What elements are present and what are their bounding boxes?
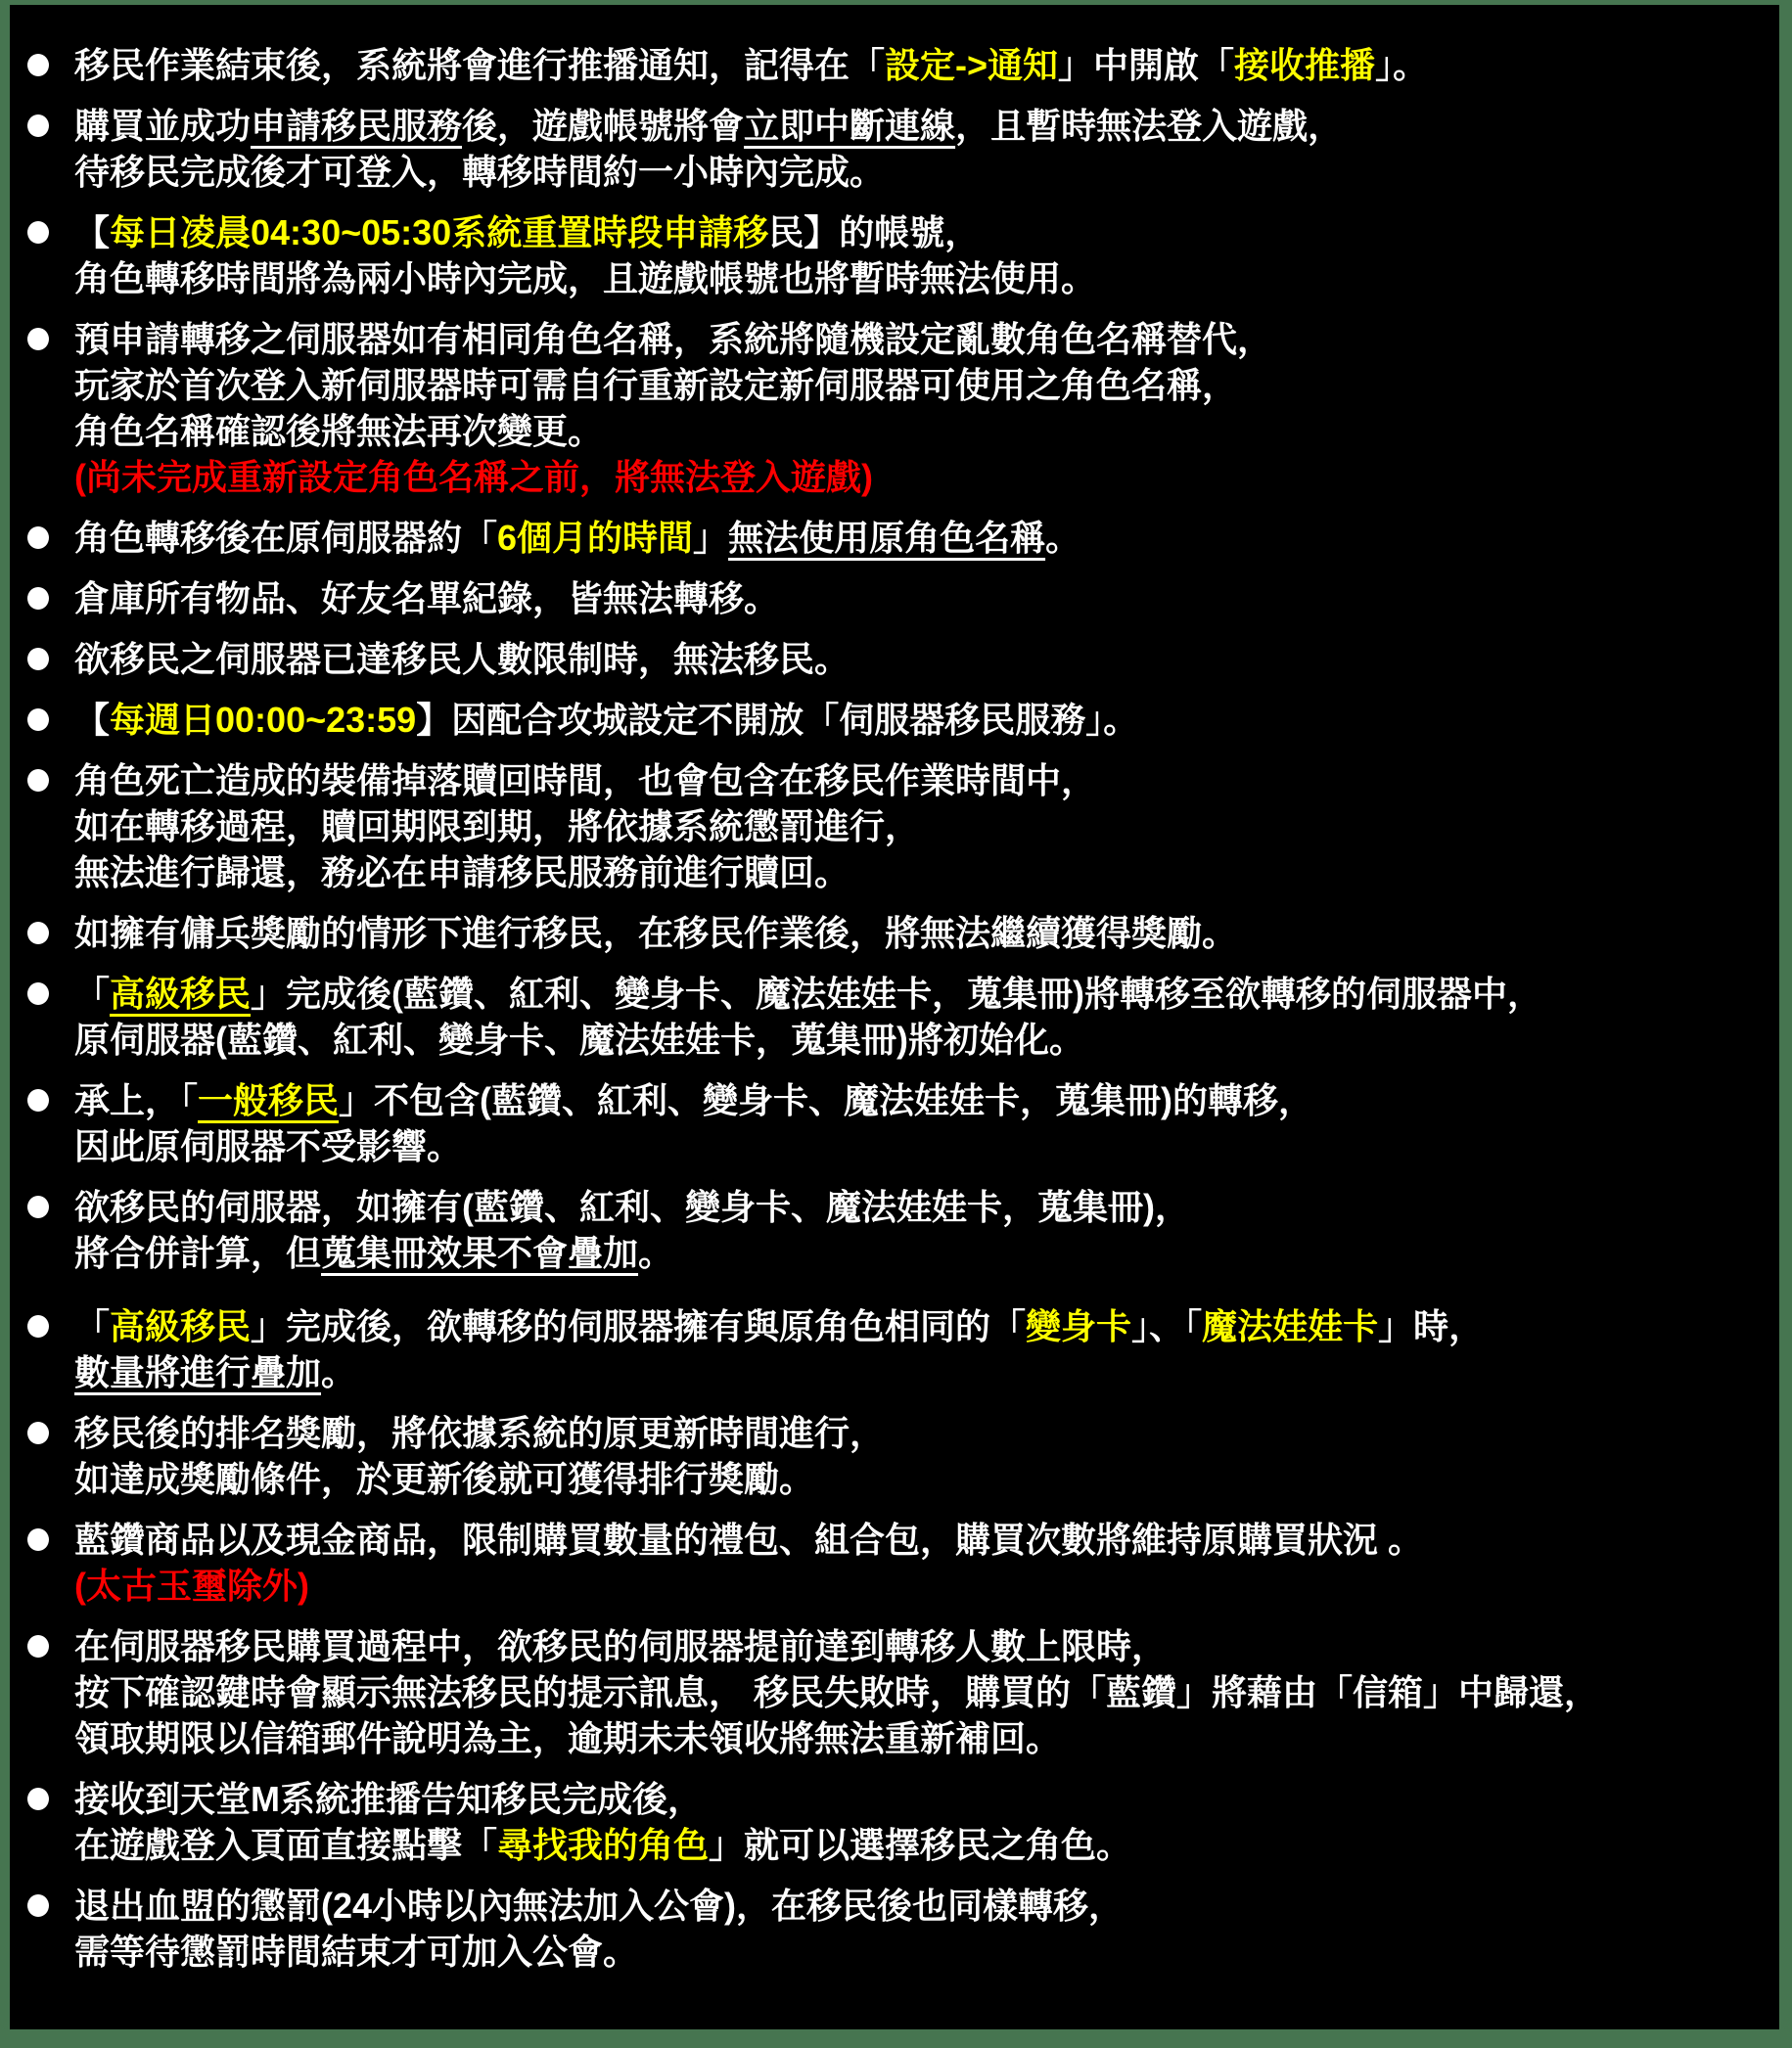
text-segment: 申請移民服務 xyxy=(251,106,462,146)
bullet-icon xyxy=(27,54,49,76)
text-segment: 高級移民 xyxy=(110,1306,251,1346)
bullet-icon xyxy=(27,114,49,137)
list-item: 退出血盟的懲罰(24小時以內無法加入公會)，在移民後也同樣轉移，需等待懲罰時間結… xyxy=(25,1883,1771,1975)
text-segment: 移民作業結束後，系統將會進行推播通知，記得在「 xyxy=(74,45,885,85)
item-line: 【每日凌晨04:30~05:30系統重置時段申請移民】的帳號， xyxy=(25,209,1771,255)
item-line: 「高級移民」完成後，欲轉移的伺服器擁有與原角色相同的「變身卡」、「魔法娃娃卡」時… xyxy=(25,1303,1771,1349)
item-line: 欲移民的伺服器，如擁有(藍鑽、紅利、變身卡、魔法娃娃卡，蒐集冊)， xyxy=(25,1184,1771,1230)
list-item: 欲移民的伺服器，如擁有(藍鑽、紅利、變身卡、魔法娃娃卡，蒐集冊)，將合併計算，但… xyxy=(25,1184,1771,1276)
text-segment: 角色名稱確認後將無法再次變更。 xyxy=(74,411,603,451)
text-segment: (太古玉璽除外) xyxy=(74,1566,309,1606)
list-item: 如擁有傭兵獎勵的情形下進行移民，在移民作業後，將無法繼續獲得獎勵。 xyxy=(25,910,1771,956)
text-segment: 接收到天堂M系統推播告知移民完成後， xyxy=(74,1779,703,1819)
text-segment: 高級移民 xyxy=(110,974,251,1014)
text-segment: 每日凌晨04:30~05:30系統重置時段申請移 xyxy=(110,212,768,252)
text-segment: 立即中斷連線 xyxy=(744,106,955,146)
list-item: 欲移民之伺服器已達移民人數限制時，無法移民。 xyxy=(25,636,1771,682)
item-line: 需等待懲罰時間結束才可加入公會。 xyxy=(25,1929,1771,1975)
item-line: 角色轉移後在原伺服器約「6個月的時間」無法使用原角色名稱。 xyxy=(25,515,1771,561)
text-segment: 欲移民之伺服器已達移民人數限制時，無法移民。 xyxy=(74,639,850,679)
item-line: 待移民完成後才可登入，轉移時間約一小時內完成。 xyxy=(25,149,1771,195)
text-segment: 蒐集冊效果不會疊加 xyxy=(321,1233,638,1273)
list-item: 移民作業結束後，系統將會進行推播通知，記得在「設定->通知」中開啟「接收推播」。 xyxy=(25,42,1771,88)
item-line: 因此原伺服器不受影響。 xyxy=(25,1123,1771,1169)
bullet-icon xyxy=(27,587,49,610)
item-line: 【每週日00:00~23:59】因配合攻城設定不開放「伺服器移民服務」。 xyxy=(25,697,1771,743)
text-segment: 【 xyxy=(74,700,110,740)
item-line: 購買並成功申請移民服務後，遊戲帳號將會立即中斷連線，且暫時無法登入遊戲， xyxy=(25,103,1771,149)
page-frame: 移民作業結束後，系統將會進行推播通知，記得在「設定->通知」中開啟「接收推播」。… xyxy=(0,0,1792,2048)
list-item: 角色轉移後在原伺服器約「6個月的時間」無法使用原角色名稱。 xyxy=(25,515,1771,561)
text-segment: 「 xyxy=(74,974,110,1014)
item-line: 預申請轉移之伺服器如有相同角色名稱，系統將隨機設定亂數角色名稱替代， xyxy=(25,316,1771,362)
item-line: 將合併計算，但蒐集冊效果不會疊加。 xyxy=(25,1230,1771,1276)
text-segment: 後，遊戲帳號將會 xyxy=(462,106,744,146)
text-segment: 角色轉移後在原伺服器約「 xyxy=(74,518,497,558)
text-segment: 購買並成功 xyxy=(74,106,251,146)
text-segment: 需等待懲罰時間結束才可加入公會。 xyxy=(74,1932,638,1972)
list-item: 接收到天堂M系統推播告知移民完成後，在遊戲登入頁面直接點擊「尋找我的角色」就可以… xyxy=(25,1776,1771,1868)
item-line: (尚未完成重新設定角色名稱之前，將無法登入遊戲) xyxy=(25,454,1771,500)
item-line: 倉庫所有物品、好友名單紀錄，皆無法轉移。 xyxy=(25,575,1771,621)
text-segment: 在遊戲登入頁面直接點擊「 xyxy=(74,1825,497,1865)
item-line: 欲移民之伺服器已達移民人數限制時，無法移民。 xyxy=(25,636,1771,682)
text-segment: 每週日00:00~23:59 xyxy=(110,700,416,740)
bullet-icon xyxy=(27,1528,49,1551)
list-item: 【每日凌晨04:30~05:30系統重置時段申請移民】的帳號，角色轉移時間將為兩… xyxy=(25,209,1771,301)
text-segment: 角色轉移時間將為兩小時內完成，且遊戲帳號也將暫時無法使用。 xyxy=(74,258,1096,298)
text-segment: 領取期限以信箱郵件說明為主，逾期未未領收將無法重新補回。 xyxy=(74,1718,1061,1758)
text-segment: 」中開啟「 xyxy=(1058,45,1234,85)
text-segment: 角色死亡造成的裝備掉落贖回時間，也會包含在移民作業時間中， xyxy=(74,760,1096,800)
text-segment: 】因配合攻城設定不開放「伺服器移民服務」。 xyxy=(416,700,1138,740)
bullet-icon xyxy=(27,922,49,944)
bullet-icon xyxy=(27,708,49,731)
list-item: 在伺服器移民購買過程中，欲移民的伺服器提前達到轉移人數上限時，按下確認鍵時會顯示… xyxy=(25,1623,1771,1761)
bullet-icon xyxy=(27,648,49,670)
list-item: 「高級移民」完成後，欲轉移的伺服器擁有與原角色相同的「變身卡」、「魔法娃娃卡」時… xyxy=(25,1303,1771,1395)
text-segment: 【 xyxy=(74,212,110,252)
item-line: 角色死亡造成的裝備掉落贖回時間，也會包含在移民作業時間中， xyxy=(25,757,1771,803)
text-segment: 如達成獎勵條件，於更新後就可獲得排行獎勵。 xyxy=(74,1459,814,1499)
list-item: 購買並成功申請移民服務後，遊戲帳號將會立即中斷連線，且暫時無法登入遊戲，待移民完… xyxy=(25,103,1771,195)
notice-list: 移民作業結束後，系統將會進行推播通知，記得在「設定->通知」中開啟「接收推播」。… xyxy=(25,42,1771,1975)
item-line: 數量將進行疊加。 xyxy=(25,1349,1771,1395)
item-line: 如在轉移過程，贖回期限到期，將依據系統懲罰進行， xyxy=(25,803,1771,849)
item-line: 藍鑽商品以及現金商品，限制購買數量的禮包、組合包，購買次數將維持原購買狀況 。 xyxy=(25,1517,1771,1563)
bullet-icon xyxy=(27,328,49,350)
item-line: 如達成獎勵條件，於更新後就可獲得排行獎勵。 xyxy=(25,1456,1771,1502)
text-segment: 設定->通知 xyxy=(885,45,1058,85)
item-line: 領取期限以信箱郵件說明為主，逾期未未領收將無法重新補回。 xyxy=(25,1715,1771,1761)
item-line: 退出血盟的懲罰(24小時以內無法加入公會)，在移民後也同樣轉移， xyxy=(25,1883,1771,1929)
item-line: 在伺服器移民購買過程中，欲移民的伺服器提前達到轉移人數上限時， xyxy=(25,1623,1771,1669)
text-segment: 數量將進行疊加 xyxy=(74,1352,321,1392)
item-line: 接收到天堂M系統推播告知移民完成後， xyxy=(25,1776,1771,1822)
notice-panel: 移民作業結束後，系統將會進行推播通知，記得在「設定->通知」中開啟「接收推播」。… xyxy=(10,5,1779,1975)
item-line: 角色名稱確認後將無法再次變更。 xyxy=(25,408,1771,454)
item-line: 無法進行歸還，務必在申請移民服務前進行贖回。 xyxy=(25,849,1771,895)
bullet-icon xyxy=(27,526,49,549)
text-segment: (尚未完成重新設定角色名稱之前，將無法登入遊戲) xyxy=(74,457,873,497)
text-segment: 魔法娃娃卡 xyxy=(1202,1306,1378,1346)
item-line: 原伺服器(藍鑽、紅利、變身卡、魔法娃娃卡，蒐集冊)將初始化。 xyxy=(25,1017,1771,1063)
item-line: (太古玉璽除外) xyxy=(25,1563,1771,1609)
bullet-icon xyxy=(27,1635,49,1658)
text-segment: 如擁有傭兵獎勵的情形下進行移民，在移民作業後，將無法繼續獲得獎勵。 xyxy=(74,913,1237,953)
list-item: 【每週日00:00~23:59】因配合攻城設定不開放「伺服器移民服務」。 xyxy=(25,697,1771,743)
text-segment: 移民後的排名獎勵，將依據系統的原更新時間進行， xyxy=(74,1413,885,1453)
text-segment: 在伺服器移民購買過程中，欲移民的伺服器提前達到轉移人數上限時， xyxy=(74,1626,1167,1666)
bullet-icon xyxy=(27,1894,49,1917)
text-segment: 退出血盟的懲罰(24小時以內無法加入公會)，在移民後也同樣轉移， xyxy=(74,1886,1124,1926)
list-item: 角色死亡造成的裝備掉落贖回時間，也會包含在移民作業時間中，如在轉移過程，贖回期限… xyxy=(25,757,1771,895)
list-item: 「高級移民」完成後(藍鑽、紅利、變身卡、魔法娃娃卡，蒐集冊)將轉移至欲轉移的伺服… xyxy=(25,971,1771,1063)
text-segment: 」、「 xyxy=(1131,1306,1202,1346)
text-segment: 民】的帳號， xyxy=(768,212,980,252)
text-segment: 承上，「 xyxy=(74,1080,198,1120)
text-segment: 」完成後，欲轉移的伺服器擁有與原角色相同的「 xyxy=(251,1306,1026,1346)
text-segment: 。 xyxy=(1045,518,1080,558)
text-segment: 」。 xyxy=(1375,45,1428,85)
bullet-icon xyxy=(27,1089,49,1112)
text-segment: 。 xyxy=(638,1233,673,1273)
text-segment: 無法使用原角色名稱 xyxy=(728,518,1045,558)
text-segment: 藍鑽商品以及現金商品，限制購買數量的禮包、組合包，購買次數將維持原購買狀況 。 xyxy=(74,1520,1423,1560)
bullet-icon xyxy=(27,221,49,244)
bullet-icon xyxy=(27,982,49,1005)
list-item: 預申請轉移之伺服器如有相同角色名稱，系統將隨機設定亂數角色名稱替代，玩家於首次登… xyxy=(25,316,1771,500)
text-segment: ，且暫時無法登入遊戲， xyxy=(955,106,1343,146)
text-segment: 如在轉移過程，贖回期限到期，將依據系統懲罰進行， xyxy=(74,806,920,846)
text-segment: 6個月的時間 xyxy=(497,518,693,558)
text-segment: 接收推播 xyxy=(1234,45,1375,85)
text-segment: 待移民完成後才可登入，轉移時間約一小時內完成。 xyxy=(74,152,885,192)
text-segment: 將合併計算，但 xyxy=(74,1233,321,1273)
item-line: 在遊戲登入頁面直接點擊「尋找我的角色」就可以選擇移民之角色。 xyxy=(25,1822,1771,1868)
list-item: 移民後的排名獎勵，將依據系統的原更新時間進行，如達成獎勵條件，於更新後就可獲得排… xyxy=(25,1410,1771,1502)
text-segment: 」不包含(藍鑽、紅利、變身卡、魔法娃娃卡，蒐集冊)的轉移， xyxy=(339,1080,1313,1120)
text-segment: 變身卡 xyxy=(1026,1306,1131,1346)
list-item: 倉庫所有物品、好友名單紀錄，皆無法轉移。 xyxy=(25,575,1771,621)
bullet-icon xyxy=(27,1788,49,1810)
text-segment: 」時， xyxy=(1378,1306,1484,1346)
text-segment: 無法進行歸還，務必在申請移民服務前進行贖回。 xyxy=(74,852,850,892)
item-line: 角色轉移時間將為兩小時內完成，且遊戲帳號也將暫時無法使用。 xyxy=(25,255,1771,301)
text-segment: 」 xyxy=(693,518,728,558)
item-line: 移民作業結束後，系統將會進行推播通知，記得在「設定->通知」中開啟「接收推播」。 xyxy=(25,42,1771,88)
text-segment: 欲移民的伺服器，如擁有(藍鑽、紅利、變身卡、魔法娃娃卡，蒐集冊)， xyxy=(74,1187,1190,1227)
text-segment: 按下確認鍵時會顯示無法移民的提示訊息， 移民失敗時，購買的「藍鑽」將藉由「信箱」… xyxy=(74,1672,1599,1712)
item-line: 移民後的排名獎勵，將依據系統的原更新時間進行， xyxy=(25,1410,1771,1456)
text-segment: 原伺服器(藍鑽、紅利、變身卡、魔法娃娃卡，蒐集冊)將初始化。 xyxy=(74,1020,1084,1060)
text-segment: 。 xyxy=(321,1352,356,1392)
text-segment: 玩家於首次登入新伺服器時可需自行重新設定新伺服器可使用之角色名稱， xyxy=(74,365,1237,405)
text-segment: 」就可以選擇移民之角色。 xyxy=(709,1825,1131,1865)
bullet-icon xyxy=(27,1196,49,1218)
item-line: 「高級移民」完成後(藍鑽、紅利、變身卡、魔法娃娃卡，蒐集冊)將轉移至欲轉移的伺服… xyxy=(25,971,1771,1017)
item-line: 按下確認鍵時會顯示無法移民的提示訊息， 移民失敗時，購買的「藍鑽」將藉由「信箱」… xyxy=(25,1669,1771,1715)
text-segment: 」完成後(藍鑽、紅利、變身卡、魔法娃娃卡，蒐集冊)將轉移至欲轉移的伺服器中， xyxy=(251,974,1542,1014)
text-segment: 倉庫所有物品、好友名單紀錄，皆無法轉移。 xyxy=(74,578,779,618)
bullet-icon xyxy=(27,1422,49,1444)
item-line: 承上，「一般移民」不包含(藍鑽、紅利、變身卡、魔法娃娃卡，蒐集冊)的轉移， xyxy=(25,1077,1771,1123)
list-item: 承上，「一般移民」不包含(藍鑽、紅利、變身卡、魔法娃娃卡，蒐集冊)的轉移，因此原… xyxy=(25,1077,1771,1169)
bullet-icon xyxy=(27,1315,49,1338)
text-segment: 因此原伺服器不受影響。 xyxy=(74,1126,462,1166)
text-segment: 預申請轉移之伺服器如有相同角色名稱，系統將隨機設定亂數角色名稱替代， xyxy=(74,319,1272,359)
list-item: 藍鑽商品以及現金商品，限制購買數量的禮包、組合包，購買次數將維持原購買狀況 。(… xyxy=(25,1517,1771,1609)
text-segment: 尋找我的角色 xyxy=(497,1825,709,1865)
item-line: 玩家於首次登入新伺服器時可需自行重新設定新伺服器可使用之角色名稱， xyxy=(25,362,1771,408)
text-segment: 「 xyxy=(74,1306,110,1346)
bullet-icon xyxy=(27,769,49,792)
item-line: 如擁有傭兵獎勵的情形下進行移民，在移民作業後，將無法繼續獲得獎勵。 xyxy=(25,910,1771,956)
text-segment: 一般移民 xyxy=(198,1080,339,1120)
